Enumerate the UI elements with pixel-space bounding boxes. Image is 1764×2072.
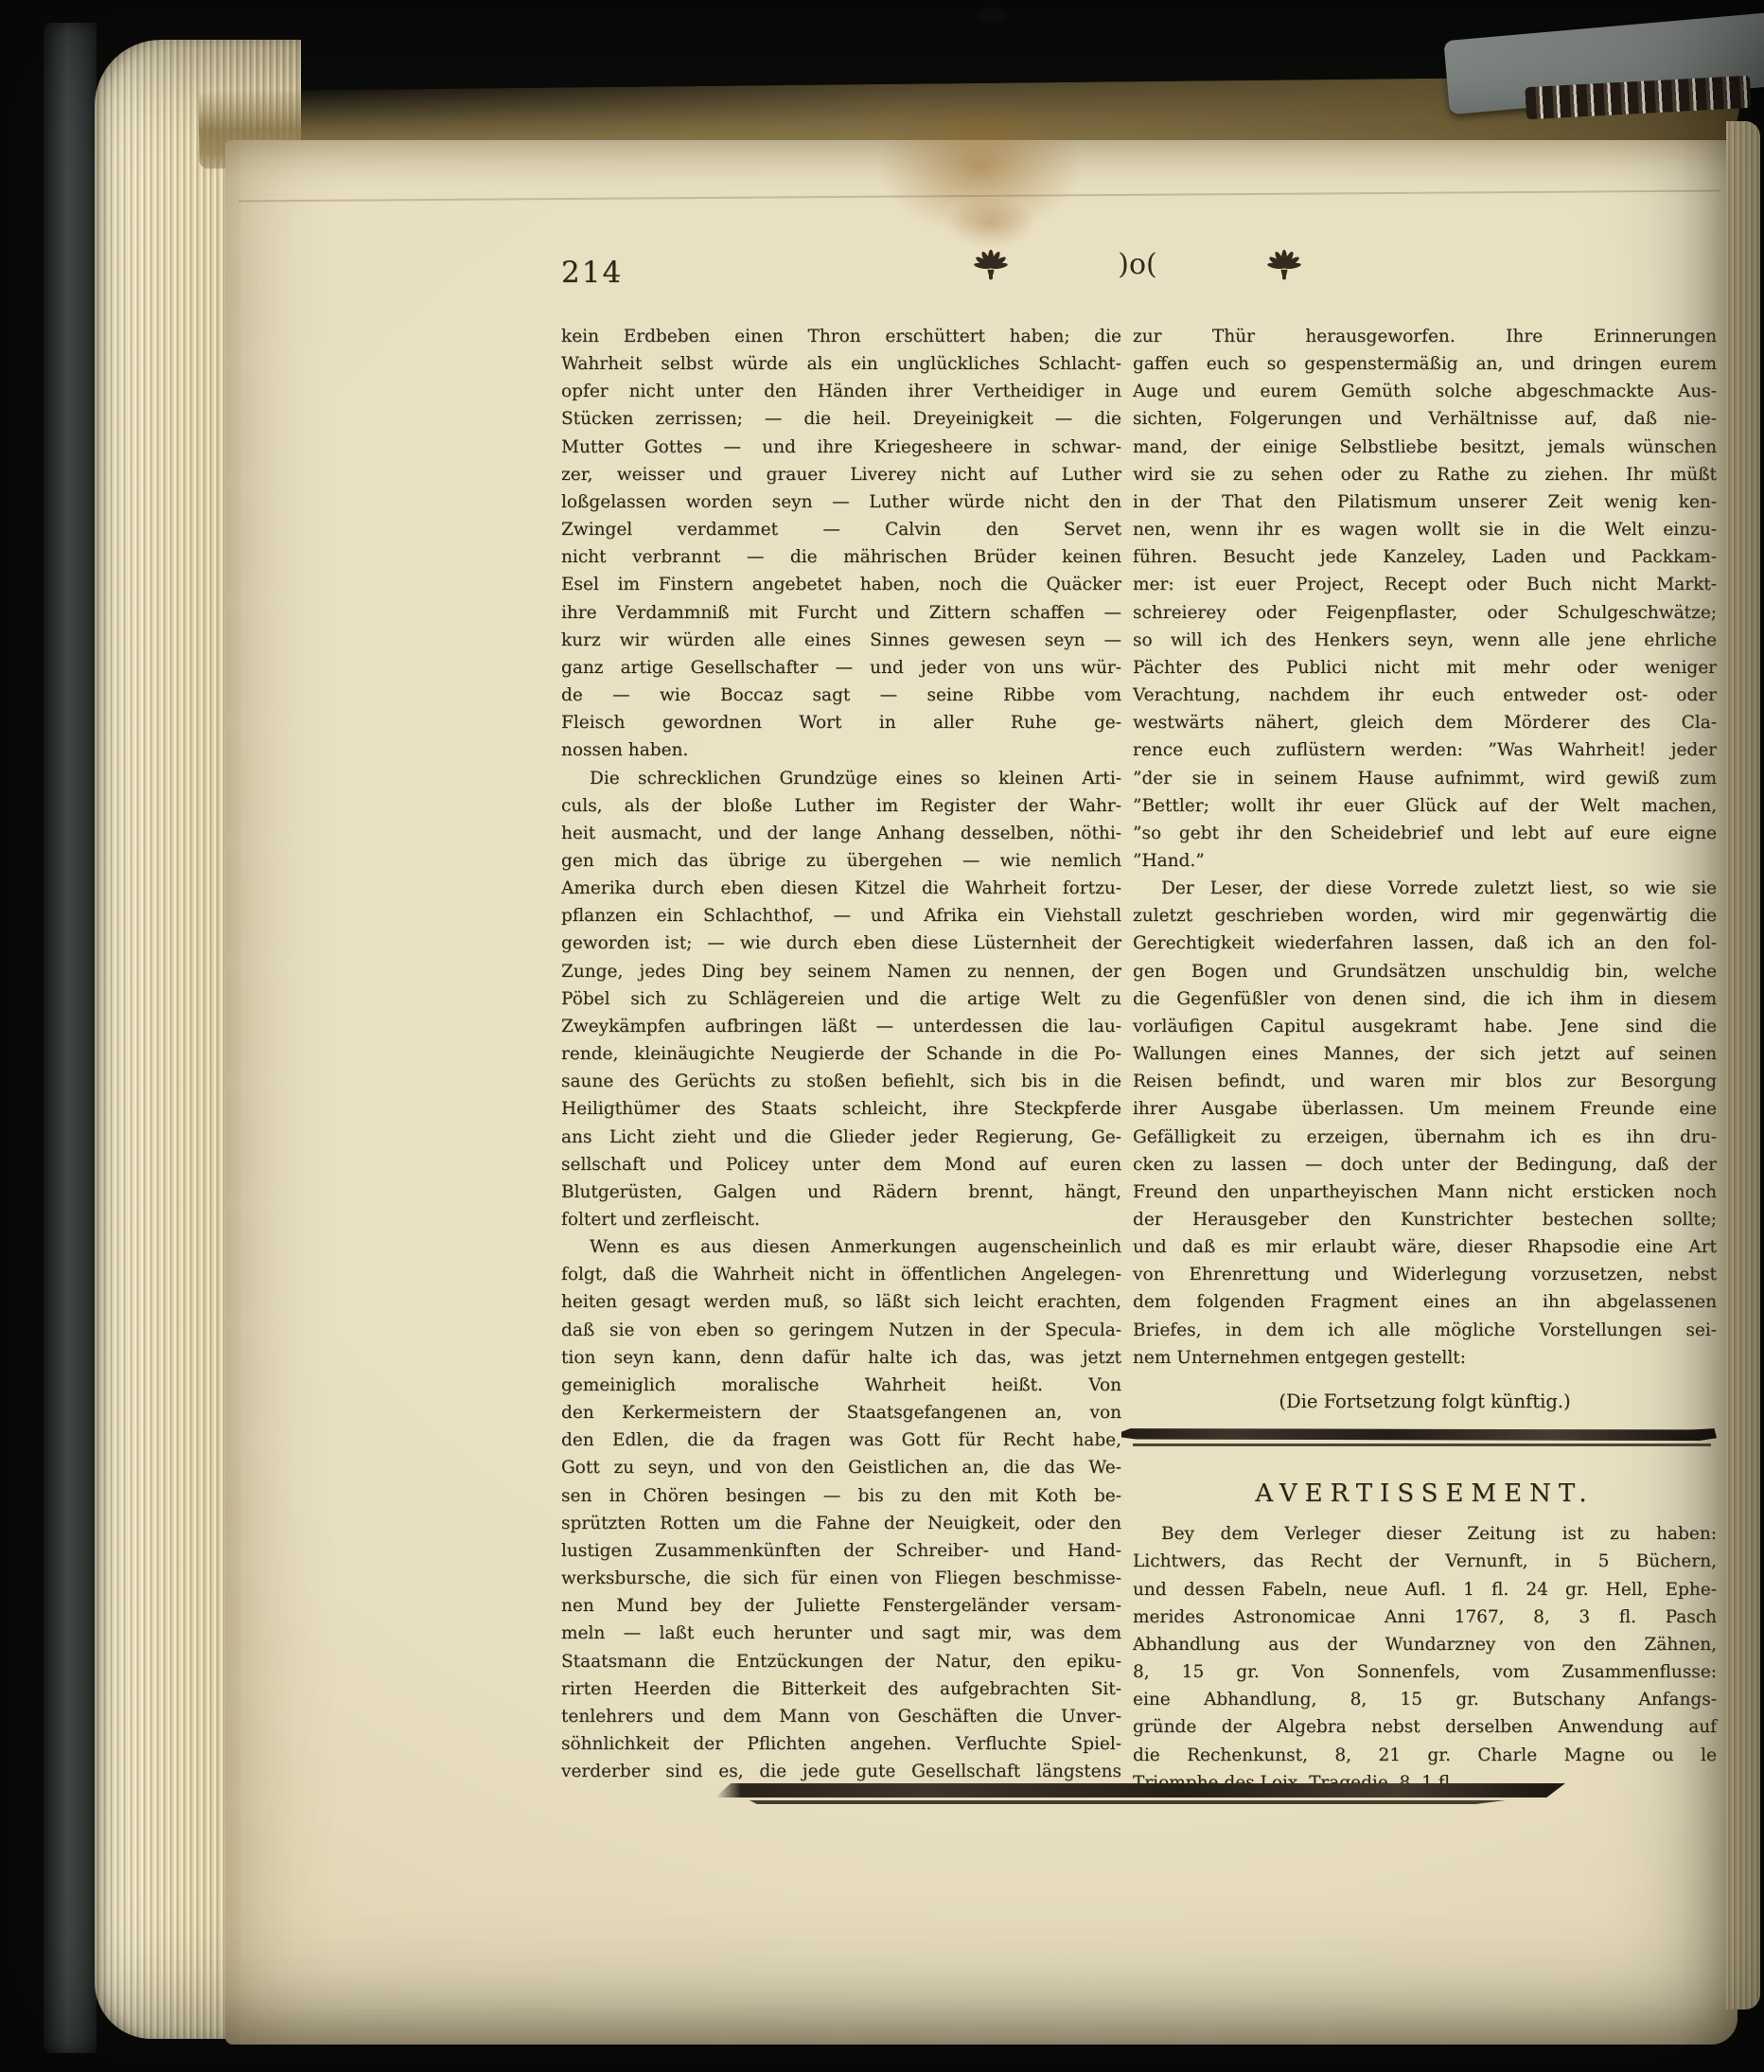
text-line: Gerechtigkeit wiederfahren lassen, daß i… [1133, 930, 1717, 957]
text-line: ihre Verdammniß mit Furcht und Zittern s… [561, 599, 1121, 627]
text-line: de — wie Boccaz sagt — seine Ribbe vom [561, 682, 1121, 709]
text-line: mer: ist euer Project, Recept oder Buch … [1133, 571, 1717, 598]
text-line: Abhandlung aus der Wundarzney von den Zä… [1133, 1631, 1717, 1658]
printed-page-content: 214 )o( [0, 0, 1764, 2072]
text-line: Auge und eurem Gemüth solche abgeschmack… [1133, 378, 1717, 405]
text-line: Gott zu seyn, und von den Geistlichen an… [561, 1454, 1121, 1481]
text-line: Blutgerüsten, Galgen und Rädern brennt, … [561, 1178, 1121, 1206]
text-line: cken zu lassen — doch unter der Bedingun… [1133, 1151, 1717, 1178]
text-line: opfer nicht unter den Händen ihrer Verth… [561, 378, 1121, 405]
text-line: westwärts nähert, gleich dem Mörderer de… [1133, 709, 1717, 736]
page-number: 214 [561, 256, 623, 290]
text-line: vorläufigen Capitul ausgekramt habe. Jen… [1133, 1013, 1717, 1040]
advertisement-paragraphs: Bey dem Verleger dieser Zeitung ist zu h… [1133, 1520, 1717, 1797]
text-line: lustigen Zusammenkünften der Schreiber- … [561, 1537, 1121, 1565]
text-line: kurz wir würden alle eines Sinnes gewese… [561, 627, 1121, 654]
text-line: merides Astronomicae Anni 1767, 8, 3 fl.… [1133, 1603, 1717, 1631]
text-line: zuletzt geschrieben worden, wird mir geg… [1133, 902, 1717, 930]
text-line: sen in Chören besingen — bis zu den mit … [561, 1482, 1121, 1510]
text-line: schreierey oder Feigenpflaster, oder Sch… [1133, 599, 1717, 627]
text-line: gaffen euch so gespenstermäßig an, und d… [1133, 350, 1717, 378]
text-line: pflanzen ein Schlachthof, — und Afrika e… [561, 902, 1121, 930]
text-line: ganz artige Gesellschafter — und jeder v… [561, 654, 1121, 682]
text-line: zur Thür herausgeworfen. Ihre Erinnerung… [1133, 323, 1717, 350]
text-line: gründe der Algebra nebst derselben Anwen… [1133, 1713, 1717, 1741]
text-line: und dessen Fabeln, neue Aufl. 1 fl. 24 g… [1133, 1576, 1717, 1603]
text-line: nossen haben. [561, 736, 1121, 764]
text-line: Zweykämpfen aufbringen läßt — unterdesse… [561, 1013, 1121, 1040]
text-line: geworden ist; — wie durch eben diese Lüs… [561, 930, 1121, 957]
text-line: daß sie von eben so geringem Nutzen in d… [561, 1317, 1121, 1344]
text-line: ”so gebt ihr den Scheidebrief und lebt a… [1133, 820, 1717, 847]
fan-ornament-icon [1266, 249, 1302, 280]
text-line: Briefes, in dem ich alle mögliche Vorste… [1133, 1317, 1717, 1344]
text-line: foltert und zerfleischt. [561, 1206, 1121, 1233]
text-line: die Gegenfüßler von denen sind, die ich … [1133, 985, 1717, 1013]
text-line: sprützten Rotten um die Fahne der Neuigk… [561, 1510, 1121, 1537]
text-line: Reisen befindt, und waren mir blos zur B… [1133, 1068, 1717, 1095]
text-line: saune des Gerüchts zu stoßen befiehlt, s… [561, 1068, 1121, 1095]
text-line: heit ausmacht, und der lange Anhang dess… [561, 820, 1121, 847]
text-line: Heiligthümer des Staats schleicht, ihre … [561, 1095, 1121, 1123]
text-line: so will ich des Henkers seyn, wenn alle … [1133, 627, 1717, 654]
text-line: gen mich das übrige zu übergehen — wie n… [561, 847, 1121, 875]
header-ornaments: )o( [973, 248, 1302, 281]
text-line: Amerika durch eben diesen Kitzel die Wah… [561, 875, 1121, 902]
header-separator: )o( [1118, 248, 1156, 281]
text-line: Freund den unpartheyischen Mann nicht er… [1133, 1178, 1717, 1206]
text-line: von Ehrenrettung und Widerlegung vorzuse… [1133, 1261, 1717, 1288]
text-line: den Edlen, die da fragen was Gott für Re… [561, 1426, 1121, 1454]
text-line: rende, kleinäugichte Neugierde der Schan… [561, 1040, 1121, 1068]
text-line: dem folgenden Fragment eines an ihn abge… [1133, 1288, 1717, 1316]
text-line: der Herausgeber den Kunstrichter bestech… [1133, 1206, 1717, 1233]
text-line: Zwingel verdammet — Calvin den Servet [561, 516, 1121, 543]
text-line: Verachtung, nachdem ihr euch entweder os… [1133, 682, 1717, 709]
text-line: Zunge, jedes Ding bey seinem Namen zu ne… [561, 958, 1121, 985]
text-column-left: kein Erdbeben einen Thron erschüttert ha… [561, 323, 1121, 1785]
text-line: nem Unternehmen entgegen gestellt: [1133, 1344, 1717, 1372]
text-line: culs, als der bloße Luther im Register d… [561, 792, 1121, 820]
advertisement-heading: AVERTISSEMENT. [1133, 1480, 1717, 1508]
paragraph: Der Leser, der diese Vorrede zuletzt lie… [1133, 875, 1717, 1372]
text-line: sellschaft und Policey unter dem Mond au… [561, 1151, 1121, 1178]
text-line: werksbursche, die sich für einen von Fli… [561, 1565, 1121, 1592]
text-line: gemeiniglich moralische Wahrheit heißt. … [561, 1372, 1121, 1399]
text-line: nen, wenn ihr es wagen wollt sie in die … [1133, 516, 1717, 543]
text-line: ”der sie in seinem Hause aufnimmt, wird … [1133, 765, 1717, 792]
rule-thin-line [1133, 1443, 1711, 1446]
rule-thin-line [750, 1800, 1506, 1804]
text-line: gen Bogen und Grundsätzen unschuldig bin… [1133, 958, 1717, 985]
text-line: nicht verbrannt — die mährischen Brüder … [561, 543, 1121, 571]
text-line: rirten Heerden die Bitterkeit des aufgeb… [561, 1675, 1121, 1703]
text-line: Der Leser, der diese Vorrede zuletzt lie… [1133, 875, 1717, 902]
rule-bar [715, 1783, 1565, 1798]
paragraph: kein Erdbeben einen Thron erschüttert ha… [561, 323, 1121, 765]
paragraph: Wenn es aus diesen Anmerkungen augensche… [561, 1233, 1121, 1785]
text-line: eine Abhandlung, 8, 15 gr. Butschany Anf… [1133, 1686, 1717, 1713]
text-line: tenlehrers und dem Mann von Geschäften d… [561, 1703, 1121, 1730]
text-line: Wahrheit selbst würde als ein unglücklic… [561, 350, 1121, 378]
text-line: ihrer Ausgabe überlassen. Um meinem Freu… [1133, 1095, 1717, 1123]
text-line: ”Bettler; wollt ihr euer Glück auf der W… [1133, 792, 1717, 820]
section-rule [1133, 1428, 1717, 1451]
paragraph: Die schrecklichen Grundzüge eines so kle… [561, 765, 1121, 1234]
text-line: söhnlichkeit der Pflichten angehen. Verf… [561, 1730, 1121, 1758]
text-line: 8, 15 gr. Von Sonnenfels, vom Zusammenfl… [1133, 1658, 1717, 1686]
text-line: Die schrecklichen Grundzüge eines so kle… [561, 765, 1121, 792]
text-line: ans Licht zieht und die Glieder jeder Re… [561, 1124, 1121, 1151]
text-line: kein Erdbeben einen Thron erschüttert ha… [561, 323, 1121, 350]
book-photo: 214 )o( [0, 0, 1764, 2072]
text-line: sichten, Folgerungen und Verhältnisse au… [1133, 405, 1717, 433]
text-line: und daß es mir erlaubt wäre, dieser Rhap… [1133, 1233, 1717, 1261]
text-line: Gefälligkeit zu erzeigen, übernahm ich e… [1133, 1124, 1717, 1151]
text-line: zer, weisser und grauer Liverey nicht au… [561, 461, 1121, 488]
text-line: Esel im Finstern angebetet haben, noch d… [561, 571, 1121, 598]
text-line: loßgelassen worden seyn — Luther würde n… [561, 488, 1121, 516]
text-line: Pächter des Publici nicht mit mehr oder … [1133, 654, 1717, 682]
rule-bar [1121, 1428, 1717, 1441]
text-line: Mutter Gottes — und ihre Kriegesheere in… [561, 434, 1121, 461]
text-line: folgt, daß die Wahrheit nicht in öffentl… [561, 1261, 1121, 1288]
text-line: nen Mund bey der Juliette Fenstergelände… [561, 1592, 1121, 1620]
text-line: Staatsmann die Entzückungen der Natur, d… [561, 1648, 1121, 1675]
text-line: Wallungen eines Mannes, der sich jetzt a… [1133, 1040, 1717, 1068]
text-line: die Rechenkunst, 8, 21 gr. Charle Magne … [1133, 1742, 1717, 1769]
text-line: heiten gesagt werden muß, so läßt sich l… [561, 1288, 1121, 1316]
text-line: rence euch zuflüstern werden: ”Was Wahrh… [1133, 736, 1717, 764]
page-bottom-rule [715, 1783, 1565, 1810]
text-line: verderber sind es, die jede gute Gesells… [561, 1758, 1121, 1785]
text-line: Pöbel sich zu Schlägereien und die artig… [561, 985, 1121, 1013]
text-line: Fleisch gewordnen Wort in aller Ruhe ge- [561, 709, 1121, 736]
text-line: Lichtwers, das Recht der Vernunft, in 5 … [1133, 1548, 1717, 1575]
text-line: in der That den Pilatismum unserer Zeit … [1133, 488, 1717, 516]
fan-ornament-icon [973, 249, 1009, 280]
text-line: mand, der einige Selbstliebe besitzt, je… [1133, 434, 1717, 461]
text-line: Stücken zerrissen; — die heil. Dreyeinig… [561, 405, 1121, 433]
text-line: wird sie zu sehen oder zu Rathe zu ziehe… [1133, 461, 1717, 488]
continuation-note: (Die Fortsetzung folgt künftig.) [1133, 1388, 1717, 1415]
text-line: den Kerkermeistern der Staatsgefangenen … [561, 1399, 1121, 1426]
paragraph: Bey dem Verleger dieser Zeitung ist zu h… [1133, 1520, 1717, 1797]
text-line: Bey dem Verleger dieser Zeitung ist zu h… [1133, 1520, 1717, 1548]
text-line: Wenn es aus diesen Anmerkungen augensche… [561, 1233, 1121, 1261]
paragraph: zur Thür herausgeworfen. Ihre Erinnerung… [1133, 323, 1717, 875]
text-line: meln — laßt euch herunter und sagt mir, … [561, 1620, 1121, 1647]
text-line: ”Hand.” [1133, 847, 1717, 875]
text-column-right: zur Thür herausgeworfen. Ihre Erinnerung… [1133, 323, 1717, 1797]
text-line: führen. Besucht jede Kanzeley, Laden und… [1133, 543, 1717, 571]
text-line: tion seyn kann, denn dafür halte ich das… [561, 1344, 1121, 1372]
right-column-paragraphs: zur Thür herausgeworfen. Ihre Erinnerung… [1133, 323, 1717, 1372]
